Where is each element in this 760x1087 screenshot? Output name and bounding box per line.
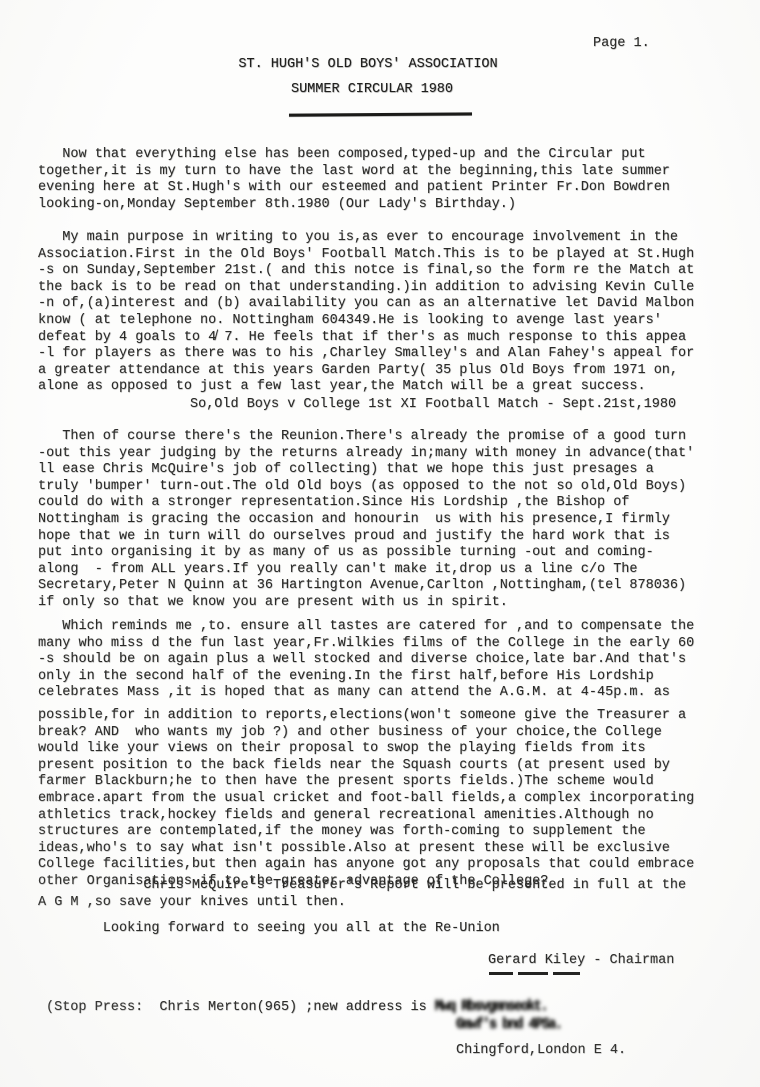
document-title-line1: ST. HUGH'S OLD BOYS' ASSOCIATION: [238, 57, 497, 74]
paragraph-agm-part1: Which reminds me ,to. ensure all tastes …: [38, 619, 694, 702]
closing-line: Looking forward to seeing you all at the…: [38, 921, 500, 938]
page-number: Page 1.: [593, 36, 650, 53]
paragraph-intro: Now that everything else has been compos…: [38, 147, 670, 213]
match-announcement-line: So,Old Boys v College 1st XI Football Ma…: [190, 397, 676, 414]
signature-dash: [553, 972, 580, 975]
redacted-smudge-line2: Gmwf's bnd 4PSa.: [456, 1018, 562, 1035]
document-title-line2: SUMMER CIRCULAR 1980: [291, 82, 453, 99]
signature-chairman: Gerard Kiley - Chairman: [488, 953, 674, 970]
paragraph-reunion: Then of course there's the Reunion.There…: [38, 429, 694, 612]
signature-underline: [489, 972, 580, 975]
stop-press-text: (Stop Press: Chris Merton(965) ;new addr…: [46, 1000, 435, 1015]
signature-dash: [518, 972, 548, 975]
title-underline: [289, 112, 472, 116]
paragraph-football-match: My main purpose in writing to you is,as …: [38, 230, 694, 396]
redacted-smudge-2: Gmwf's bnd 4PSa.: [456, 1017, 562, 1035]
redacted-smudge-1: Mwq Rbsvgmnseokt.: [435, 999, 547, 1017]
signature-dash: [489, 972, 513, 975]
stop-press-address: Chingford,London E 4.: [456, 1043, 626, 1060]
paragraph-treasurer-report: Chris McQuire's Treasurer's Report will …: [38, 878, 686, 911]
scanned-circular-page: Page 1. ST. HUGH'S OLD BOYS' ASSOCIATION…: [0, 0, 760, 1087]
stop-press-line: (Stop Press: Chris Merton(965) ;new addr…: [46, 1000, 547, 1017]
paragraph-agm-part2: possible,for in addition to reports,elec…: [38, 708, 694, 891]
